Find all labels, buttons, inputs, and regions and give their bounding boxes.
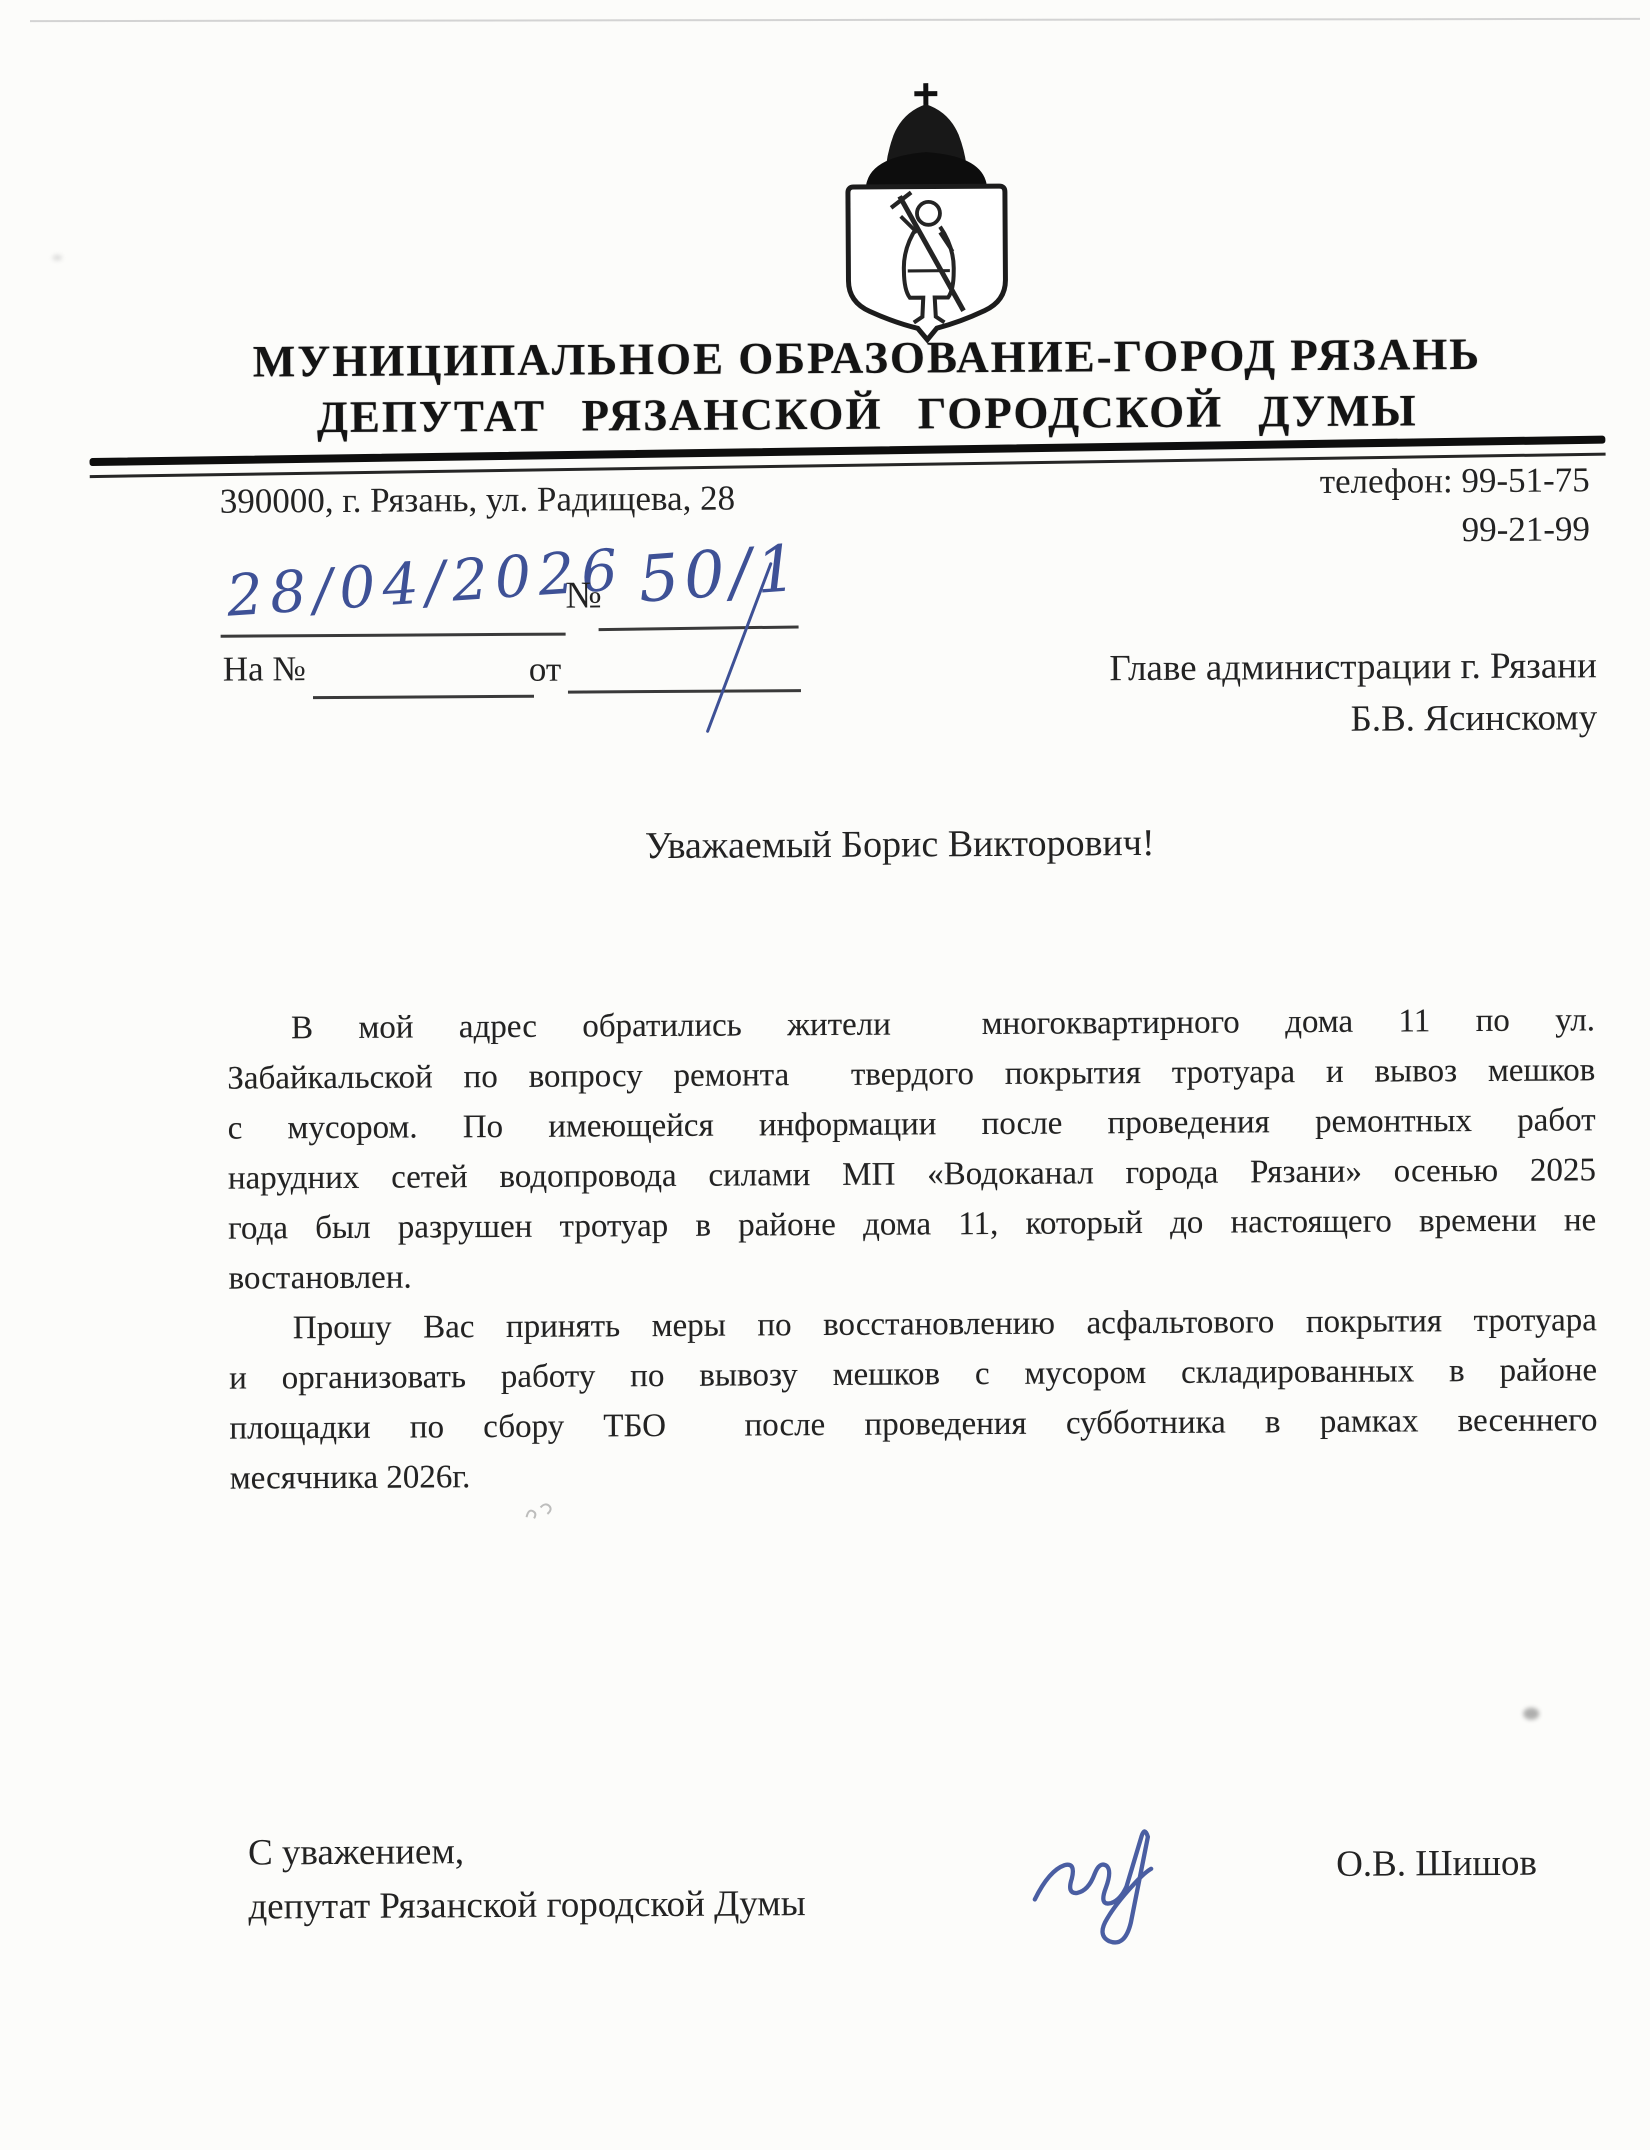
scanned-letter-page: МУНИЦИПАЛЬНОЕ ОБРАЗОВАНИЕ-ГОРОД РЯЗАНЬ Д… (0, 0, 1650, 2150)
reply-date-underline (568, 689, 801, 693)
recipient-block: Главе администрации г. Рязани Б.В. Ясинс… (1109, 640, 1597, 747)
letter-body: В мой адрес обратились жители многокварт… (227, 995, 1598, 1503)
org-title-line2: ДЕПУТАТ РЯЗАНСКОЙ ГОРОДСКОЙ ДУМЫ (42, 383, 1650, 445)
number-sign-label: № (565, 573, 602, 617)
body-line: площадки по сбору ТБО после проведения с… (229, 1395, 1597, 1453)
phone-line-1: телефон: 99-51-75 (1320, 455, 1590, 506)
handwritten-outgoing-number: 50/1 (636, 532, 805, 618)
signer-name: О.В. Шишов (1336, 1842, 1537, 1886)
reply-number-underline (313, 695, 534, 699)
ink-smudge (1523, 1708, 1539, 1720)
number-underline (599, 625, 799, 631)
org-title-line1: МУНИЦИПАЛЬНОЕ ОБРАЗОВАНИЕ-ГОРОД РЯЗАНЬ (42, 327, 1650, 389)
body-line: нарудних сетей водопровода силами МП «Во… (228, 1145, 1596, 1203)
salutation: Уважаемый Борис Викторович! (645, 821, 1155, 868)
date-underline (221, 633, 566, 638)
body-line: и организовать работу по вывозу мешков с… (229, 1345, 1597, 1403)
body-line: Забайкальской по вопросу ремонта твердог… (227, 1045, 1595, 1103)
body-line: В мой адрес обратились жители многокварт… (227, 995, 1595, 1053)
reply-from-label: от (529, 650, 562, 690)
phone-line-2: 99-21-99 (1320, 504, 1590, 555)
body-line: года был разрушен тротуар в районе дома … (228, 1195, 1596, 1253)
reply-to-number-label: На № (223, 649, 306, 690)
org-address: 390000, г. Рязань, ул. Радищева, 28 (220, 479, 735, 522)
closing-position: депутат Рязанской городской Думы (248, 1882, 806, 1928)
body-line: востановлен. (228, 1245, 1596, 1303)
recipient-name: Б.В. Ясинскому (1110, 692, 1598, 747)
recipient-title: Главе администрации г. Рязани (1109, 640, 1597, 695)
body-line: месячника 2026г. (230, 1445, 1598, 1503)
org-phones: телефон: 99-51-75 99-21-99 (1320, 455, 1591, 555)
handwritten-signature (1018, 1810, 1219, 1981)
scan-smudge (52, 255, 62, 261)
closing-regards: С уважением, (248, 1830, 464, 1874)
body-line: Прошу Вас принять меры по восстановлению… (229, 1295, 1597, 1353)
body-line: с мусором. По имеющейся информации после… (227, 1095, 1595, 1153)
ryazan-coat-of-arms-icon (808, 79, 1045, 353)
